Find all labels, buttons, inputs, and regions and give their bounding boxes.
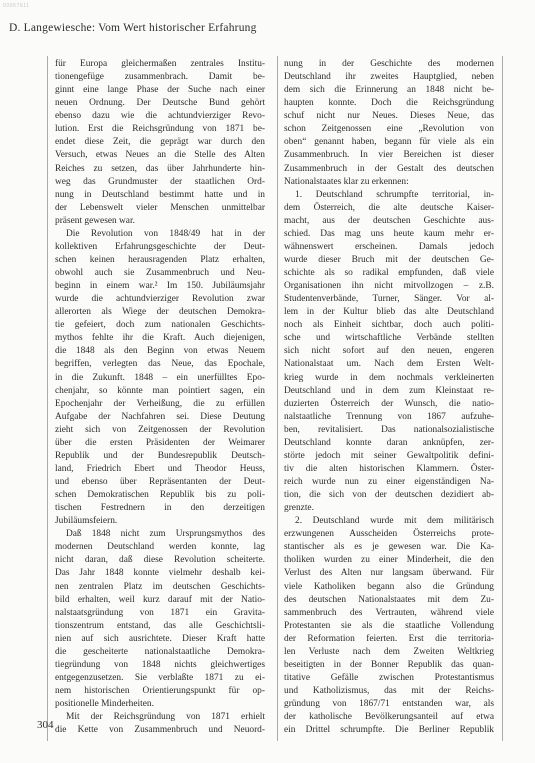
text-line: wurde die achtundvierziger Revolution zw… <box>55 293 265 306</box>
text-line: Die Revolution von 1848/49 hat in der <box>55 228 265 241</box>
text-line: wähnenswert erscheinen. Damals jedoch <box>284 241 494 254</box>
text-line: Das Jahr 1848 konnte vielmehr deshalb ke… <box>55 567 265 580</box>
text-line: endet diese Zeit, die geprägt war durch … <box>55 136 265 149</box>
text-line: Republik und der Bundesrepublik Deutsch- <box>55 450 265 463</box>
text-line: störte jedoch mit seiner Gewaltpolitik d… <box>284 450 494 463</box>
text-line: tion, die sich von der deutschen dezidie… <box>284 489 494 502</box>
text-line: lem in der Kultur blieb das alte Deutsch… <box>284 306 494 319</box>
scan-id-code: 00057611 <box>3 3 30 9</box>
text-line: entgegenzusetzen. Sie verblaßte 1871 zu … <box>55 672 265 685</box>
text-line: gründung von 1867/71 entstanden war, als <box>284 698 494 711</box>
left-column-text: für Europa gleichermaßen zentrales Insti… <box>55 58 265 737</box>
text-line: chenjahr, so könnte man pointiert sagen,… <box>55 385 265 398</box>
text-line: Deutschland ihr zweites Hauptglied, nebe… <box>284 71 494 84</box>
text-line: duzierten Österreich der Wunsch, die nat… <box>284 398 494 411</box>
text-line: des deutschen Nationalstaates mit dem Zu… <box>284 594 494 607</box>
text-line: schen keinen herausragenden Platz erhalt… <box>55 254 265 267</box>
text-line: begriffen, verlegten das Neue, das Epoch… <box>55 358 265 371</box>
scanned-page: 00057611 D. Langewiesche: Vom Wert histo… <box>0 0 535 763</box>
text-line: tionszentrum entstand, das alle Geschich… <box>55 620 265 633</box>
text-line: nicht daran, daß diese Revolution scheit… <box>55 554 265 567</box>
text-line: Deutschland konnte daran anknüpfen, zer- <box>284 437 494 450</box>
text-line: titative Gefälle zwischen Protestantismu… <box>284 672 494 685</box>
text-line: Zusammenbruch. In vier Bereichen ist die… <box>284 149 494 162</box>
text-line: weg das Grundmuster der staatlichen Ord- <box>55 176 265 189</box>
text-line: reich wurde nun zu einer eigenständigen … <box>284 476 494 489</box>
text-line: allerorten als Wiege der deutschen Demok… <box>55 306 265 319</box>
text-line: ginnt eine lange Phase der Suche nach ei… <box>55 84 265 97</box>
text-line: und ebenso über Repräsentanten der Deut- <box>55 476 265 489</box>
text-line: erzwungenen Ausscheiden Österreichs prot… <box>284 528 494 541</box>
text-line: schichte als so radikal empfunden, daß v… <box>284 267 494 280</box>
text-line: sich nicht sofort auf den neuen, engeren <box>284 345 494 358</box>
text-line: sammenbruch des Vertrauten, während viel… <box>284 607 494 620</box>
text-line: len Verluste nach dem Zweiten Weltkrieg <box>284 646 494 659</box>
text-line: land, Friedrich Ebert und Theodor Heuss, <box>55 463 265 476</box>
text-line: modernen Deutschland werden konnte, lag <box>55 541 265 554</box>
text-line: noch als Einheit sichtbar, doch auch pol… <box>284 319 494 332</box>
text-line: und Katholizismus, das mit der Reichs- <box>284 685 494 698</box>
text-line: Studentenverbände, Turner, Sänger. Vor a… <box>284 293 494 306</box>
text-line: der Reformation feierten. Erst die terri… <box>284 633 494 646</box>
text-line: Daß 1848 nicht zum Ursprungsmythos des <box>55 528 265 541</box>
text-line: die gescheiterte nationalstaatliche Demo… <box>55 646 265 659</box>
text-line: wurde dieser Bruch mit der deutschen Ge- <box>284 254 494 267</box>
text-line: Reiches zu setzen, das über Jahrhunderte… <box>55 163 265 176</box>
text-line: krieg wurde in dem nochmals verkleinerte… <box>284 372 494 385</box>
text-line: Aufgabe der Nachfahren sei. Diese Deutun… <box>55 411 265 424</box>
text-line: über die ersten Präsidenten der Weimarer <box>55 437 265 450</box>
text-line: Jubiläumsfeiern. <box>55 515 265 528</box>
running-header: D. Langewiesche: Vom Wert historischer E… <box>9 22 257 34</box>
text-line: in die Zukunft. 1848 – ein unerfülltes E… <box>55 372 265 385</box>
column-rule-right <box>502 56 503 741</box>
text-line: kollektiven Erfahrungsgeschichte der Deu… <box>55 241 265 254</box>
text-line: Mit der Reichsgründung von 1871 erhielt <box>55 711 265 724</box>
text-line: 1. Deutschland schrumpfte territorial, i… <box>284 189 494 202</box>
text-line: tiegründung von 1848 nichts gleichwertig… <box>55 659 265 672</box>
text-line: Nationalstaates klar zu erkennen: <box>284 176 494 189</box>
text-line: tholiken wurden zu einer Minderheit, die… <box>284 554 494 567</box>
text-line: stantischer als es je gewesen war. Die K… <box>284 541 494 554</box>
text-line: grenzte. <box>284 502 494 515</box>
text-line: der katholische Bevölkerungsanteil auf e… <box>284 711 494 724</box>
text-line: schuf nicht nur Neues. Dieses Neue, das <box>284 110 494 123</box>
text-line: Nationalstaat um. Nach dem Ersten Welt- <box>284 358 494 371</box>
text-line: tiv die alten historischen Klammern. Öst… <box>284 463 494 476</box>
text-line: schen Demokratischen Republik bis zu pol… <box>55 489 265 502</box>
text-line: Zusammenbruch in der Gestalt des deutsch… <box>284 163 494 176</box>
text-line: präsent gewesen war. <box>55 215 265 228</box>
text-line: der Lebenswelt vieler Menschen unmittelb… <box>55 202 265 215</box>
text-line: haupten konnte. Doch die Reichsgründung <box>284 97 494 110</box>
text-line: die Kette von Zusammenbruch und Neuord- <box>55 724 265 737</box>
text-line: sche und wirtschaftliche Verbände stellt… <box>284 332 494 345</box>
page-number: 304 <box>37 719 54 731</box>
text-line: nalstaatliche Trennung von 1867 aufzuhe- <box>284 411 494 424</box>
text-line: 2. Deutschland wurde mit dem militärisch <box>284 515 494 528</box>
text-line: ein Drittel schrumpfte. Die Berliner Rep… <box>284 724 494 737</box>
text-line: tie gefeiert, doch zum nationalen Geschi… <box>55 319 265 332</box>
text-line: lution. Erst die Reichsgründung von 1871… <box>55 123 265 136</box>
text-line: nalstaatsgründung von 1871 ein Gravita- <box>55 607 265 620</box>
text-line: beseitigten in der Bonner Republik das q… <box>284 659 494 672</box>
text-line: oben“ genannt haben, begann für viele al… <box>284 136 494 149</box>
text-line: dem sich die Erinnerung an 1848 nicht be… <box>284 84 494 97</box>
text-line: ebenso dazu wie die achtundvierziger Rev… <box>55 110 265 123</box>
text-line: ben, revitalisiert. Das nationalsozialis… <box>284 424 494 437</box>
text-line: zieht sich von Zeitgenossen der Revoluti… <box>55 424 265 437</box>
text-line: positionelle Minderheiten. <box>55 698 265 711</box>
text-line: Protestanten sie als die staatliche Voll… <box>284 620 494 633</box>
text-line: viele Katholiken begann also die Gründun… <box>284 581 494 594</box>
text-line: nen zentralen Platz im deutschen Geschic… <box>55 581 265 594</box>
text-line: neuen Ordnung. Der Deutsche Bund gehört <box>55 97 265 110</box>
column-rule-left <box>47 56 48 741</box>
text-line: Verlust des Alten nur langsam überwand. … <box>284 567 494 580</box>
text-line: nung in Deutschland bestimmt hatte und i… <box>55 189 265 202</box>
text-line: obwohl auch sie Zusammenbruch und Neu- <box>55 267 265 280</box>
text-line: mythos fehlte ihr die Kraft. Auch diejen… <box>55 332 265 345</box>
right-column-text: nung in der Geschichte des modernenDeuts… <box>284 58 494 737</box>
text-line: tionengefüge zusammenbrach. Damit be- <box>55 71 265 84</box>
text-line: Versuch, etwas Neues an die Stelle des A… <box>55 149 265 162</box>
text-line: dem Österreich, die alte deutsche Kaiser… <box>284 202 494 215</box>
text-line: beginn in einem war.² Im 150. Jubiläumsj… <box>55 280 265 293</box>
column-rule-middle <box>277 56 278 741</box>
text-line: schied. Das mag uns heute kaum mehr er- <box>284 228 494 241</box>
text-line: tischen Festrednern in den derzeitigen <box>55 502 265 515</box>
text-line: bild erhalten, weil kurz darauf mit der … <box>55 594 265 607</box>
text-line: schon Zeitgenossen eine „Revolution von <box>284 123 494 136</box>
text-line: Epochenjahr der Verheißung, die zu erfül… <box>55 398 265 411</box>
text-line: Deutschland und in dem zum Kleinstaat re… <box>284 385 494 398</box>
text-line: nien auf sich ausrichtete. Dieser Kraft … <box>55 633 265 646</box>
text-line: nem historischen Orientierungspunkt für … <box>55 685 265 698</box>
text-line: für Europa gleichermaßen zentrales Insti… <box>55 58 265 71</box>
text-line: nung in der Geschichte des modernen <box>284 58 494 71</box>
text-line: macht, aus der deutschen Geschichte aus- <box>284 215 494 228</box>
text-line: die 1848 als den Beginn von etwas Neuem <box>55 345 265 358</box>
text-line: Organisationen ihn nicht mitvollzogen – … <box>284 280 494 293</box>
